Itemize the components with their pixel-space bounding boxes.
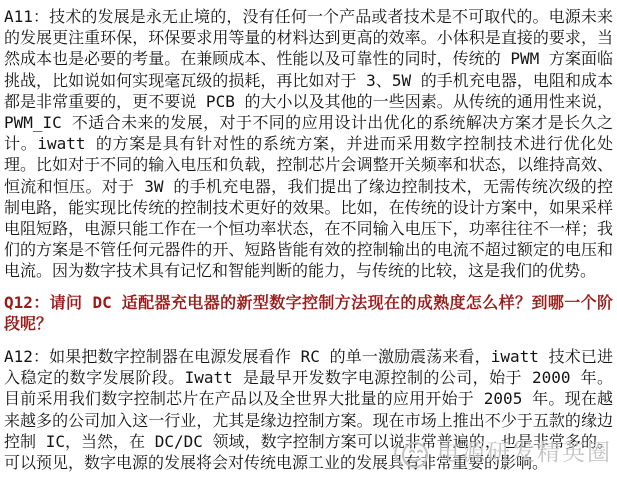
- paragraph-a12-answer: A12：如果把数字控制器在电源发展看作 RC 的单一激励震荡来看，iwatt 技…: [4, 346, 613, 473]
- paragraph-q12-question-heading: Q12：请问 DC 适配器充电器的新型数字控制方法现在的成熟度怎么样？到哪一个阶…: [4, 292, 613, 334]
- document-page: A11：技术的发展是永无止境的，没有任何一个产品或者技术是不可取代的。电源未来的…: [0, 0, 617, 480]
- paragraph-a11-answer: A11：技术的发展是永无止境的，没有任何一个产品或者技术是不可取代的。电源未来的…: [4, 6, 613, 282]
